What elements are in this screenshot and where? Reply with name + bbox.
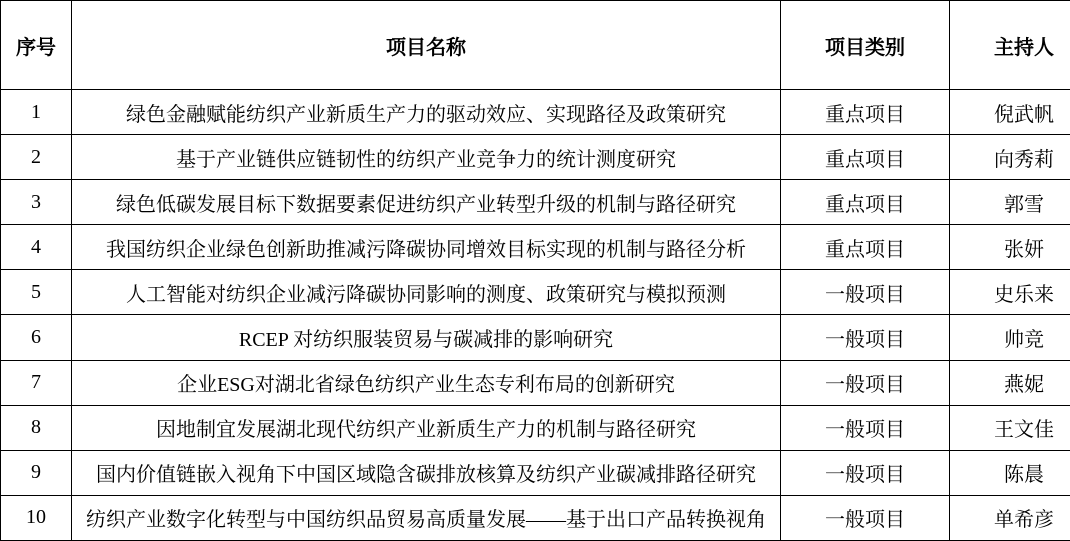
project-category-cell: 一般项目 <box>781 315 950 360</box>
table-row: 10纺织产业数字化转型与中国纺织品贸易高质量发展——基于出口产品转换视角一般项目… <box>1 495 1070 540</box>
project-name-cell: 国内价值链嵌入视角下中国区域隐含碳排放核算及纺织产业碳减排路径研究 <box>72 450 781 495</box>
leader-cell: 张妍 <box>950 225 1070 270</box>
row-index-cell: 3 <box>1 180 72 225</box>
row-index-cell: 6 <box>1 315 72 360</box>
table-row: 6RCEP 对纺织服装贸易与碳减排的影响研究一般项目帅竞 <box>1 315 1070 360</box>
project-category-cell: 一般项目 <box>781 270 950 315</box>
leader-cell: 史乐来 <box>950 270 1070 315</box>
project-name-cell: 因地制宜发展湖北现代纺织产业新质生产力的机制与路径研究 <box>72 405 781 450</box>
project-category-cell: 重点项目 <box>781 180 950 225</box>
table-row: 4我国纺织企业绿色创新助推减污降碳协同增效目标实现的机制与路径分析重点项目张妍 <box>1 225 1070 270</box>
row-index-cell: 5 <box>1 270 72 315</box>
header-project-name: 项目名称 <box>72 1 781 90</box>
project-name-cell: 纺织产业数字化转型与中国纺织品贸易高质量发展——基于出口产品转换视角 <box>72 495 781 540</box>
project-category-cell: 重点项目 <box>781 90 950 135</box>
table-row: 1绿色金融赋能纺织产业新质生产力的驱动效应、实现路径及政策研究重点项目倪武帆 <box>1 90 1070 135</box>
row-index-cell: 9 <box>1 450 72 495</box>
leader-cell: 倪武帆 <box>950 90 1070 135</box>
row-index-cell: 4 <box>1 225 72 270</box>
table-body: 1绿色金融赋能纺织产业新质生产力的驱动效应、实现路径及政策研究重点项目倪武帆2基… <box>1 90 1070 541</box>
project-name-cell: 基于产业链供应链韧性的纺织产业竞争力的统计测度研究 <box>72 135 781 180</box>
header-leader: 主持人 <box>950 1 1070 90</box>
leader-cell: 陈晨 <box>950 450 1070 495</box>
project-name-cell: 企业ESG对湖北省绿色纺织产业生态专利布局的创新研究 <box>72 360 781 405</box>
project-name-cell: 绿色金融赋能纺织产业新质生产力的驱动效应、实现路径及政策研究 <box>72 90 781 135</box>
leader-cell: 燕妮 <box>950 360 1070 405</box>
project-list-table: 序号 项目名称 项目类别 主持人 1绿色金融赋能纺织产业新质生产力的驱动效应、实… <box>0 0 1070 541</box>
table-row: 3绿色低碳发展目标下数据要素促进纺织产业转型升级的机制与路径研究重点项目郭雪 <box>1 180 1070 225</box>
project-category-cell: 一般项目 <box>781 495 950 540</box>
leader-cell: 向秀莉 <box>950 135 1070 180</box>
header-index: 序号 <box>1 1 72 90</box>
project-category-cell: 重点项目 <box>781 135 950 180</box>
table-row: 5人工智能对纺织企业减污降碳协同影响的测度、政策研究与模拟预测一般项目史乐来 <box>1 270 1070 315</box>
table-header: 序号 项目名称 项目类别 主持人 <box>1 1 1070 90</box>
table-row: 7企业ESG对湖北省绿色纺织产业生态专利布局的创新研究一般项目燕妮 <box>1 360 1070 405</box>
row-index-cell: 10 <box>1 495 72 540</box>
leader-cell: 郭雪 <box>950 180 1070 225</box>
leader-cell: 王文佳 <box>950 405 1070 450</box>
row-index-cell: 8 <box>1 405 72 450</box>
leader-cell: 单希彦 <box>950 495 1070 540</box>
header-row: 序号 项目名称 项目类别 主持人 <box>1 1 1070 90</box>
table-row: 8因地制宜发展湖北现代纺织产业新质生产力的机制与路径研究一般项目王文佳 <box>1 405 1070 450</box>
project-name-cell: 我国纺织企业绿色创新助推减污降碳协同增效目标实现的机制与路径分析 <box>72 225 781 270</box>
header-project-category: 项目类别 <box>781 1 950 90</box>
project-name-cell: 绿色低碳发展目标下数据要素促进纺织产业转型升级的机制与路径研究 <box>72 180 781 225</box>
table-row: 2基于产业链供应链韧性的纺织产业竞争力的统计测度研究重点项目向秀莉 <box>1 135 1070 180</box>
leader-cell: 帅竞 <box>950 315 1070 360</box>
project-category-cell: 一般项目 <box>781 360 950 405</box>
row-index-cell: 7 <box>1 360 72 405</box>
project-category-cell: 重点项目 <box>781 225 950 270</box>
project-name-cell: 人工智能对纺织企业减污降碳协同影响的测度、政策研究与模拟预测 <box>72 270 781 315</box>
row-index-cell: 2 <box>1 135 72 180</box>
project-category-cell: 一般项目 <box>781 450 950 495</box>
project-name-cell: RCEP 对纺织服装贸易与碳减排的影响研究 <box>72 315 781 360</box>
row-index-cell: 1 <box>1 90 72 135</box>
table-row: 9国内价值链嵌入视角下中国区域隐含碳排放核算及纺织产业碳减排路径研究一般项目陈晨 <box>1 450 1070 495</box>
project-category-cell: 一般项目 <box>781 405 950 450</box>
